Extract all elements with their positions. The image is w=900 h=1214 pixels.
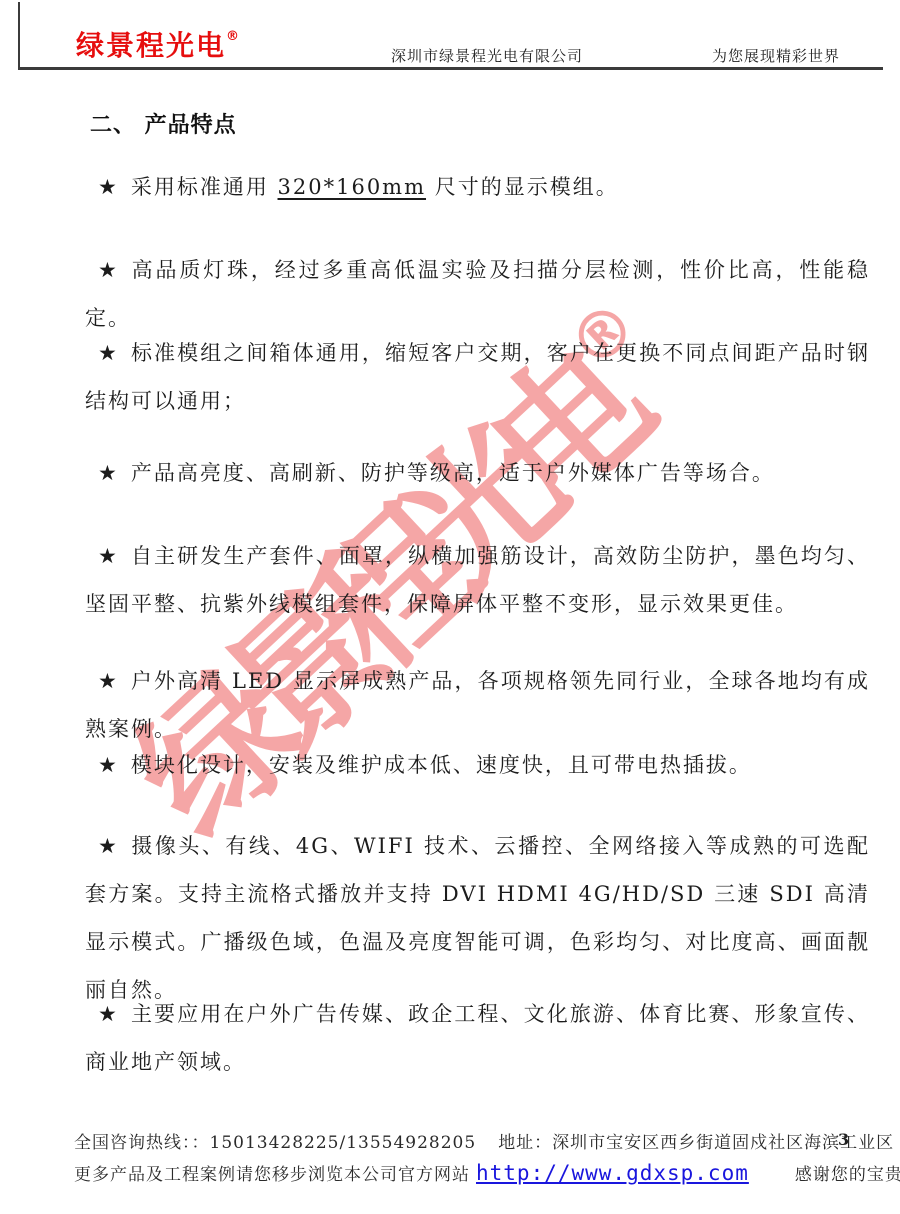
- feature-text: 尺寸的显示模组。: [426, 175, 619, 199]
- feature-item: ★户外高清 LED 显示屏成熟产品，各项规格领先同行业，全球各地均有成熟案例。: [85, 657, 870, 753]
- feature-text: 主要应用在户外广告传媒、政企工程、文化旅游、体育比赛、形象宣传、商业地产领域。: [85, 1002, 870, 1074]
- star-bullet-icon: ★: [98, 544, 117, 568]
- feature-item: ★模块化设计，安装及维护成本低、速度快，且可带电热插拔。: [85, 741, 870, 789]
- section-title: 二、 产品特点: [90, 108, 237, 139]
- star-bullet-icon: ★: [98, 834, 117, 858]
- website-link[interactable]: http://www.gdxsp.com: [476, 1161, 749, 1185]
- star-bullet-icon: ★: [98, 669, 117, 693]
- page-number: 3: [838, 1130, 849, 1149]
- header-company-name: 深圳市绿景程光电有限公司: [391, 45, 583, 66]
- feature-text: 户外高清 LED 显示屏成熟产品，各项规格领先同行业，全球各地均有成熟案例。: [85, 669, 870, 741]
- feature-text: 自主研发生产套件、面罩，纵横加强筋设计，高效防尘防护，墨色均匀、坚固平整、抗紫外…: [85, 544, 870, 616]
- feature-item: ★自主研发生产套件、面罩，纵横加强筋设计，高效防尘防护，墨色均匀、坚固平整、抗紫…: [85, 532, 870, 628]
- logo-registered-mark-icon: ®: [226, 29, 239, 44]
- header-slogan: 为您展现精彩世界: [712, 45, 840, 66]
- feature-text: 摄像头、有线、4G、WIFI 技术、云播控、全网络接入等成熟的可选配套方案。支持…: [85, 834, 870, 1002]
- company-logo: 绿景程光电®: [76, 24, 239, 64]
- footer-line-2: 更多产品及工程案例请您移步浏览本公司官方网站http://www.gdxsp.c…: [74, 1160, 900, 1185]
- footer-line-1: 全国咨询热线：：15013428225/13554928205地址：深圳市宝安区…: [74, 1128, 900, 1153]
- feature-text: 高品质灯珠，经过多重高低温实验及扫描分层检测，性价比高，性能稳定。: [85, 258, 870, 330]
- footer-more-text: 更多产品及工程案例请您移步浏览本公司官方网站: [74, 1165, 470, 1185]
- feature-text: 标准模组之间箱体通用，缩短客户交期，客户在更换不同点间距产品时钢结构可以通用；: [85, 341, 870, 413]
- star-bullet-icon: ★: [98, 175, 117, 199]
- feature-item: ★主要应用在户外广告传媒、政企工程、文化旅游、体育比赛、形象宣传、商业地产领域。: [85, 990, 870, 1086]
- footer-hotline: 全国咨询热线：：15013428225/13554928205: [74, 1133, 476, 1153]
- feature-item: ★采用标准通用 320*160mm 尺寸的显示模组。: [85, 163, 870, 211]
- feature-text: 采用标准通用: [131, 175, 278, 199]
- page-content: 绿景程光电® 深圳市绿景程光电有限公司 为您展现精彩世界 二、 产品特点 ★采用…: [0, 0, 900, 1214]
- logo-text: 绿景程光电: [76, 29, 226, 62]
- header-left-tick: [18, 2, 20, 67]
- feature-item: ★产品高亮度、高刷新、防护等级高，适于户外媒体广告等场合。: [85, 449, 870, 497]
- star-bullet-icon: ★: [98, 753, 117, 777]
- feature-item: ★摄像头、有线、4G、WIFI 技术、云播控、全网络接入等成熟的可选配套方案。支…: [85, 822, 870, 1014]
- footer-thanks: 感谢您的宝贵时间: [795, 1165, 900, 1185]
- header-rule: [18, 67, 883, 70]
- star-bullet-icon: ★: [98, 258, 118, 282]
- star-bullet-icon: ★: [98, 461, 117, 485]
- feature-text-underlined: 320*160mm: [278, 175, 427, 199]
- document-page: 绿景程光电® 绿景程光电® 深圳市绿景程光电有限公司 为您展现精彩世界 二、 产…: [0, 0, 900, 1214]
- feature-item: ★高品质灯珠，经过多重高低温实验及扫描分层检测，性价比高，性能稳定。: [85, 246, 870, 342]
- feature-text: 模块化设计，安装及维护成本低、速度快，且可带电热插拔。: [131, 753, 752, 777]
- feature-item: ★标准模组之间箱体通用，缩短客户交期，客户在更换不同点间距产品时钢结构可以通用；: [85, 329, 870, 425]
- feature-text: 产品高亮度、高刷新、防护等级高，适于户外媒体广告等场合。: [131, 461, 775, 485]
- star-bullet-icon: ★: [98, 1002, 117, 1026]
- star-bullet-icon: ★: [98, 341, 117, 365]
